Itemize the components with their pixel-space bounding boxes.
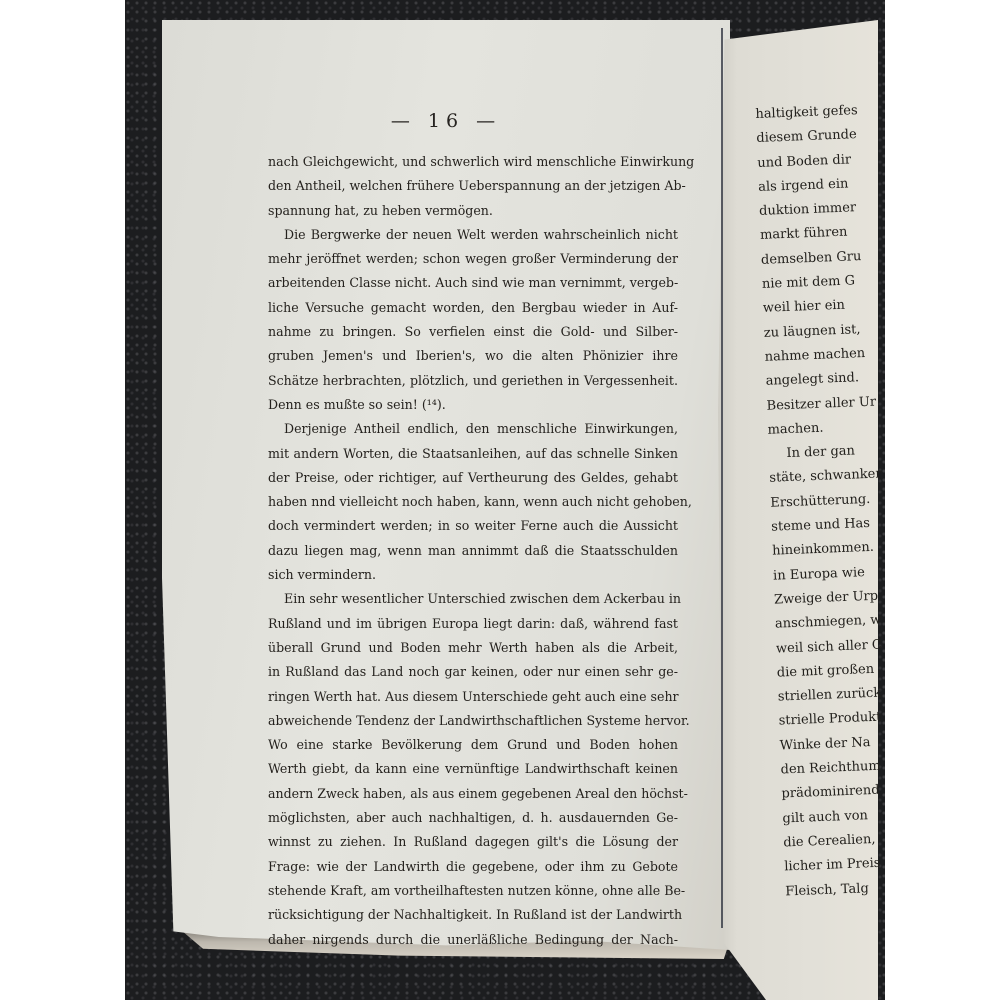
text-line: Rußland und im übrigen Europa liegt dari… <box>268 612 678 636</box>
text-line: Werth giebt, da kann eine vernünftige La… <box>268 757 678 781</box>
text-line: Frage: wie der Landwirth die gegebene, o… <box>268 855 678 879</box>
gutter-line <box>721 28 723 928</box>
text-line: mit andern Worten, die Staatsanleihen, a… <box>268 442 678 466</box>
text-line: den Antheil, welchen frühere Ueberspannu… <box>268 174 678 198</box>
text-line: der Preise, oder richtiger, auf Vertheur… <box>268 466 678 490</box>
text-line: winnst zu ziehen. In Rußland dagegen gil… <box>268 830 678 854</box>
text-line: stäte, schwanker <box>769 462 895 491</box>
text-line: möglichsten, aber auch nachhaltigen, d. … <box>268 806 678 830</box>
text-line: sich vermindern. <box>268 563 678 587</box>
text-line: ringen Werth hat. Aus diesem Unterschied… <box>268 685 678 709</box>
text-line: überall Grund und Boden mehr Werth haben… <box>268 636 678 660</box>
text-line: spannung hat, zu heben vermögen. <box>268 199 678 223</box>
page-number: — 16 — <box>162 110 730 132</box>
text-line: arbeitenden Classe nicht. Auch sind wie … <box>268 271 678 295</box>
text-line: doch vermindert werden; in so weiter Fer… <box>268 514 678 538</box>
text-line: gruben Jemen's und Iberien's, wo die alt… <box>268 344 678 368</box>
text-line: abweichende Tendenz der Landwirthschaftl… <box>268 709 678 733</box>
paragraph-start: Derjenige Antheil endlich, den menschlic… <box>268 417 678 441</box>
text-line: rücksichtigung der Nachhaltigkeit. In Ru… <box>268 903 678 927</box>
text-line: mehr jeröffnet werden; schon wegen große… <box>268 247 678 271</box>
text-line: liche Versuche gemacht worden, den Bergb… <box>268 296 678 320</box>
text-line: daher nirgends durch die unerläßliche Be… <box>268 928 678 952</box>
text-line: haben nnd vielleicht noch haben, kann, w… <box>268 490 678 514</box>
text-line: Wo eine starke Bevölkerung dem Grund und… <box>268 733 678 757</box>
text-line: andern Zweck haben, als aus einem gegebe… <box>268 782 678 806</box>
text-line: Schätze herbrachten, plötzlich, und geri… <box>268 369 678 393</box>
page-number-container: — 16 — <box>162 0 730 1</box>
paragraph-start: Die Bergwerke der neuen Welt werden wahr… <box>268 223 678 247</box>
text-line: Fleisch, Talg <box>785 875 911 904</box>
text-line: Besitzer aller Ur <box>766 390 892 419</box>
text-line: nach Gleichgewicht, und schwerlich wird … <box>268 150 678 174</box>
left-page-text: nach Gleichgewicht, und schwerlich wird … <box>268 150 678 952</box>
text-line: nahme zu bringen. So verfielen einst die… <box>268 320 678 344</box>
text-line: dazu liegen mag, wenn man annimmt daß di… <box>268 539 678 563</box>
footnote-reference-line: Denn es mußte so sein! (¹⁴). <box>268 393 678 417</box>
paragraph-start: Ein sehr wesentlicher Unterschied zwisch… <box>268 587 678 611</box>
text-line: in Rußland das Land noch gar keinen, ode… <box>268 660 678 684</box>
text-line: stehende Kraft, am vortheilhaftesten nut… <box>268 879 678 903</box>
text-line: anschmiegen, w <box>775 608 901 637</box>
